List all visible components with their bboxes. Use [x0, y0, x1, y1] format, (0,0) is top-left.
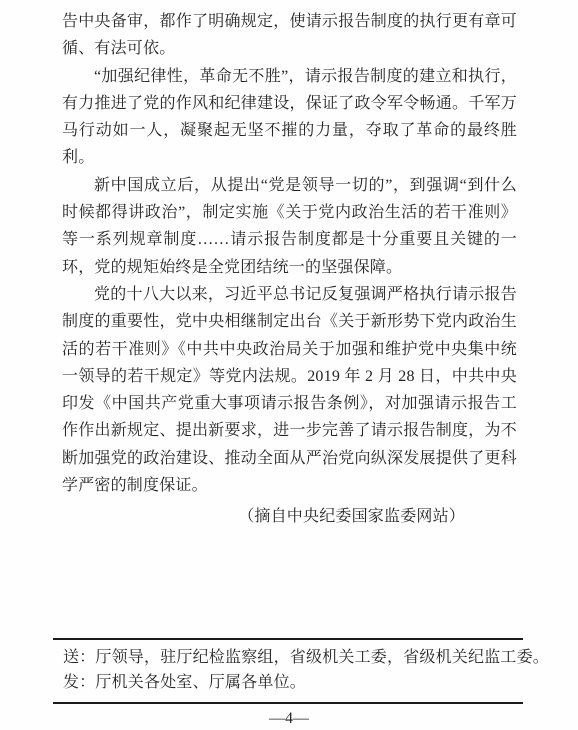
paragraph: 党的十八大以来，习近平总书记反复强调严格执行请示报告制度的重要性，党中央相继制定…	[62, 281, 517, 499]
distribution-line-send: 送：厅领导，驻厅纪检监察组，省级机关工委，省级机关纪监工委。	[63, 645, 523, 670]
distribution-block: 送：厅领导，驻厅纪检监察组，省级机关工委，省级机关纪监工委。 发：厅机关各处室、…	[53, 638, 523, 704]
page-number: —4—	[0, 709, 578, 729]
distribution-line-issue: 发：厅机关各处室、厅属各单位。	[63, 670, 523, 695]
source-attribution: （摘自中央纪委国家监委网站）	[62, 503, 517, 530]
paragraph-continuation: 告中央备审，都作了明确规定，使请示报告制度的执行更有章可循、有法可依。	[62, 8, 517, 63]
paragraph: “加强纪律性，革命无不胜”，请示报告制度的建立和执行，有力推进了党的作风和纪律建…	[62, 63, 517, 172]
document-body: 告中央备审，都作了明确规定，使请示报告制度的执行更有章可循、有法可依。 “加强纪…	[62, 8, 517, 499]
document-page: 告中央备审，都作了明确规定，使请示报告制度的执行更有章可循、有法可依。 “加强纪…	[0, 0, 578, 730]
paragraph: 新中国成立后，从提出“党是领导一切的”，到强调“到什么时候都得讲政治”，制定实施…	[62, 172, 517, 281]
